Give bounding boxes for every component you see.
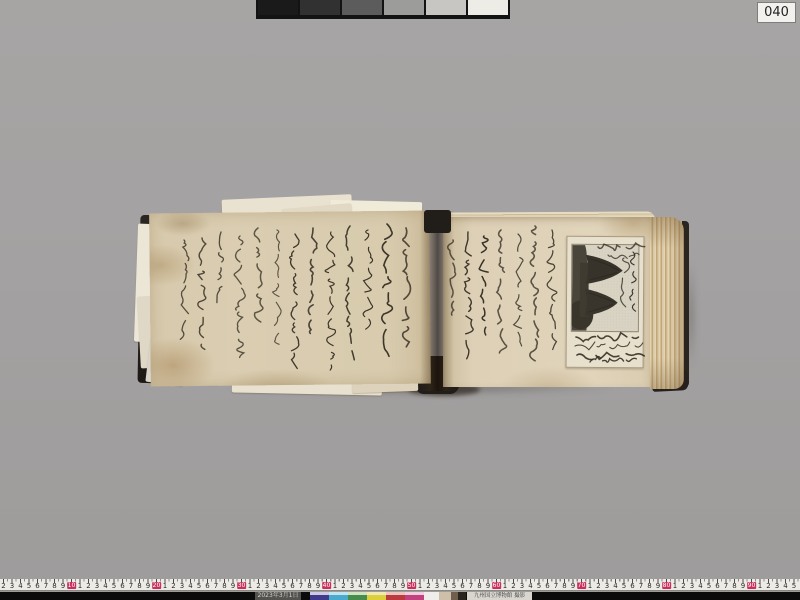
ruler-number: 4 bbox=[103, 582, 107, 590]
ruler-number: 7 bbox=[469, 582, 473, 590]
tower-photograph bbox=[571, 244, 640, 332]
pasted-photo-card bbox=[566, 236, 645, 369]
ruler-number: 8 bbox=[647, 582, 651, 590]
ruler-number: 9 bbox=[656, 582, 660, 590]
color-calibration-bar bbox=[310, 592, 466, 600]
ruler-number: 6 bbox=[545, 582, 549, 590]
ruler-number: 8 bbox=[222, 582, 226, 590]
ruler-number: 80 bbox=[662, 582, 672, 589]
page-gutter bbox=[420, 211, 454, 391]
ruler-number: 5 bbox=[622, 582, 626, 590]
ruler-number: 8 bbox=[307, 582, 311, 590]
ruler-number: 1 bbox=[163, 582, 167, 590]
ruler-number: 6 bbox=[35, 582, 39, 590]
color-patch-main bbox=[310, 595, 329, 600]
ruler-number: 9 bbox=[741, 582, 745, 590]
ruler-number: 8 bbox=[477, 582, 481, 590]
ruler-number: 7 bbox=[214, 582, 218, 590]
color-patch bbox=[329, 592, 348, 600]
ruler-number: 4 bbox=[18, 582, 22, 590]
ruler-number: 5 bbox=[27, 582, 31, 590]
ruler-number: 6 bbox=[375, 582, 379, 590]
book-spine-top bbox=[424, 210, 451, 233]
ruler-number: 6 bbox=[460, 582, 464, 590]
ruler-number: 90 bbox=[747, 582, 757, 589]
ruler-number: 4 bbox=[358, 582, 362, 590]
grayscale-patch bbox=[426, 0, 466, 15]
left-page bbox=[149, 211, 431, 387]
ruler-number: 70 bbox=[577, 582, 587, 589]
ruler-number: 40 bbox=[322, 582, 332, 589]
color-patch-main bbox=[386, 595, 405, 600]
grayscale-patch bbox=[384, 0, 424, 15]
neutral-patch bbox=[424, 592, 439, 600]
color-patch bbox=[405, 592, 424, 600]
ruler-number: 7 bbox=[639, 582, 643, 590]
color-patch bbox=[386, 592, 405, 600]
ruler-number: 5 bbox=[197, 582, 201, 590]
ruler-number: 9 bbox=[486, 582, 490, 590]
ruler-number: 2 bbox=[86, 582, 90, 590]
ruler-number: 2 bbox=[256, 582, 260, 590]
neutral-patch bbox=[451, 592, 458, 600]
color-patch bbox=[367, 592, 386, 600]
ruler-number: 8 bbox=[562, 582, 566, 590]
credit-label: 九州国立博物館 撮影 bbox=[467, 592, 532, 600]
ruler-number: 5 bbox=[367, 582, 371, 590]
ruler-number: 1 bbox=[588, 582, 592, 590]
ruler-number: 7 bbox=[44, 582, 48, 590]
color-patch-main bbox=[348, 595, 367, 600]
ruler-number: 3 bbox=[775, 582, 779, 590]
ruler-number: 4 bbox=[273, 582, 277, 590]
ruler-number: 5 bbox=[112, 582, 116, 590]
date-label: 2023年3月1日 bbox=[255, 592, 301, 600]
ruler-number: 2 bbox=[766, 582, 770, 590]
ruler-number: 4 bbox=[698, 582, 702, 590]
ruler-number: 3 bbox=[605, 582, 609, 590]
ruler-number: 30 bbox=[237, 582, 247, 589]
ruler-number: 7 bbox=[299, 582, 303, 590]
ruler-number: 10 bbox=[67, 582, 77, 589]
ruler-number: 2 bbox=[511, 582, 515, 590]
grayscale-patch bbox=[300, 0, 340, 15]
fore-edge-page-stack bbox=[650, 217, 684, 389]
ruler-number: 5 bbox=[792, 582, 796, 590]
ruler-number: 4 bbox=[443, 582, 447, 590]
ruler-number: 60 bbox=[492, 582, 502, 589]
ruler-number: 20 bbox=[152, 582, 162, 589]
ruler-scale-bar: 2345678910123456789201234567893012345678… bbox=[0, 579, 800, 591]
ruler-number: 7 bbox=[724, 582, 728, 590]
ruler-number: 1 bbox=[758, 582, 762, 590]
ruler-number: 9 bbox=[231, 582, 235, 590]
ruler-number: 1 bbox=[78, 582, 82, 590]
ruler-number: 3 bbox=[180, 582, 184, 590]
ruler-number: 6 bbox=[290, 582, 294, 590]
ruler-number: 3 bbox=[690, 582, 694, 590]
ruler-number: 7 bbox=[554, 582, 558, 590]
ruler-number: 1 bbox=[503, 582, 507, 590]
ruler-number: 4 bbox=[188, 582, 192, 590]
ruler-number: 9 bbox=[61, 582, 65, 590]
ruler-number: 5 bbox=[537, 582, 541, 590]
ruler-number: 6 bbox=[205, 582, 209, 590]
color-patch bbox=[310, 592, 329, 600]
ruler-number: 5 bbox=[282, 582, 286, 590]
ruler-number: 3 bbox=[10, 582, 14, 590]
ruler-number: 7 bbox=[129, 582, 133, 590]
ruler-number: 8 bbox=[52, 582, 56, 590]
ruler-number: 3 bbox=[435, 582, 439, 590]
ruler-number: 9 bbox=[401, 582, 405, 590]
ruler-number: 2 bbox=[341, 582, 345, 590]
ruler-number: 6 bbox=[715, 582, 719, 590]
ruler-number: 3 bbox=[95, 582, 99, 590]
grayscale-calibration-strip bbox=[256, 0, 510, 19]
ruler-number: 6 bbox=[120, 582, 124, 590]
neutral-patch bbox=[439, 592, 451, 600]
ruler-number: 1 bbox=[418, 582, 422, 590]
ruler-number: 4 bbox=[613, 582, 617, 590]
ruler-number: 1 bbox=[248, 582, 252, 590]
archival-photo-backdrop: 040 bbox=[0, 0, 800, 600]
bottom-calibration-strip: 2023年3月1日 九州国立博物館 撮影 bbox=[0, 592, 800, 600]
ruler-number: 3 bbox=[265, 582, 269, 590]
ruler-number: 7 bbox=[384, 582, 388, 590]
ruler-number: 5 bbox=[452, 582, 456, 590]
ruler-number: 3 bbox=[520, 582, 524, 590]
color-patch-main bbox=[367, 595, 386, 600]
grayscale-patch bbox=[468, 0, 508, 15]
grayscale-patch bbox=[342, 0, 382, 15]
ruler-number: 2 bbox=[596, 582, 600, 590]
ruler-number: 2 bbox=[171, 582, 175, 590]
neutral-patch bbox=[458, 592, 466, 600]
ruler-number: 2 bbox=[681, 582, 685, 590]
color-patch bbox=[348, 592, 367, 600]
ruler-number: 9 bbox=[316, 582, 320, 590]
grayscale-patch bbox=[258, 0, 298, 15]
ruler-number: 9 bbox=[146, 582, 150, 590]
ruler-number: 2 bbox=[426, 582, 430, 590]
ruler-number: 4 bbox=[528, 582, 532, 590]
ruler-number: 2 bbox=[1, 582, 5, 590]
ruler-number: 5 bbox=[707, 582, 711, 590]
ruler-number: 8 bbox=[137, 582, 141, 590]
ruler-number: 4 bbox=[783, 582, 787, 590]
ruler-number: 3 bbox=[350, 582, 354, 590]
frame-number-label: 040 bbox=[757, 2, 796, 23]
color-patch-main bbox=[329, 595, 348, 600]
ruler-number: 9 bbox=[571, 582, 575, 590]
ruler-number: 8 bbox=[732, 582, 736, 590]
ruler-number: 8 bbox=[392, 582, 396, 590]
color-patch-main bbox=[405, 595, 424, 600]
ruler-number: 50 bbox=[407, 582, 417, 589]
ruler-number: 1 bbox=[333, 582, 337, 590]
ruler-number: 6 bbox=[630, 582, 634, 590]
ruler-number: 1 bbox=[673, 582, 677, 590]
